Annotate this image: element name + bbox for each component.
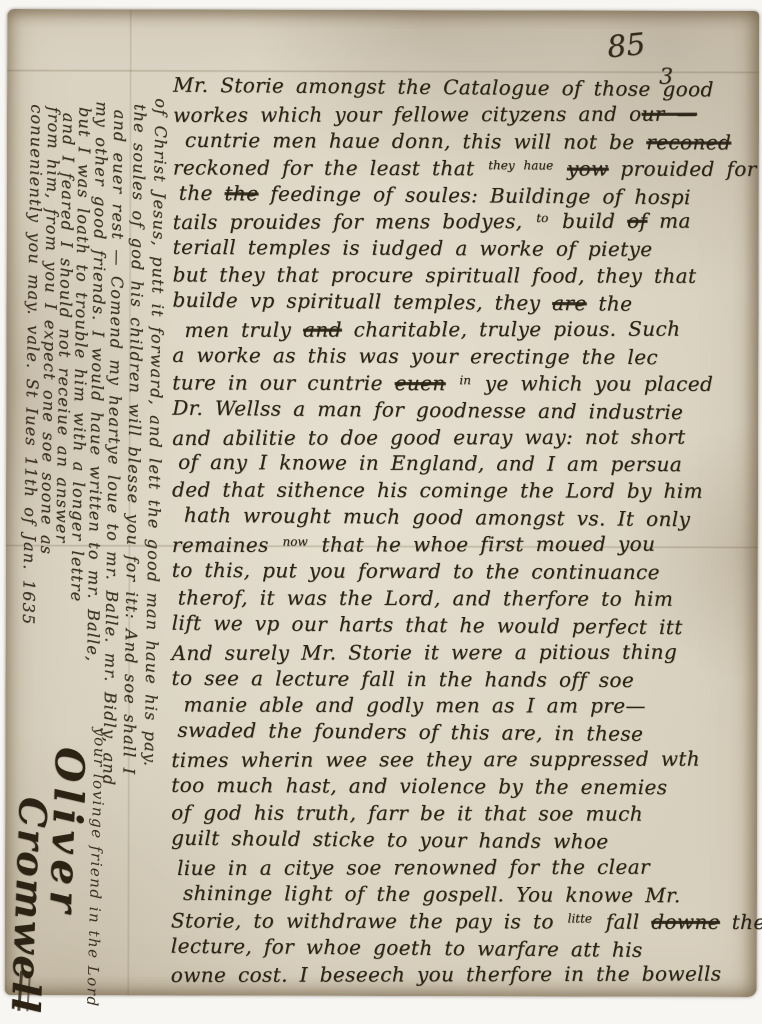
manuscript-line: workes which your fellowe cityzens and o… bbox=[173, 100, 755, 128]
manuscript-line: swaded the founders of this are, in thes… bbox=[171, 717, 753, 749]
manuscript-line: of any I knowe in England, and I am pers… bbox=[172, 449, 754, 479]
manuscript-line: cuntrie men haue donn, this will not be … bbox=[173, 127, 755, 157]
manuscript-line: And surely Mr. Storie it were a pitious … bbox=[172, 638, 754, 666]
manuscript-line: builde vp spirituall temples, they are t… bbox=[172, 287, 754, 319]
manuscript-line: ture in our cuntrie euen in ye which you… bbox=[172, 369, 754, 397]
manuscript-line: Dr. Wellss a man for goodnesse and indus… bbox=[172, 394, 754, 426]
manuscript-line: Storie, to withdrawe the pay is to litte… bbox=[171, 907, 753, 935]
margin-postscript: of Christ Jesus, putt it forward, and le… bbox=[11, 96, 174, 758]
manuscript-line: the the feedinge of soules: Buildinge of… bbox=[173, 179, 755, 211]
manuscript-line: guilt should sticke to your hands whoe bbox=[171, 825, 753, 857]
manuscript-line: therof, it was the Lord, and therfore to… bbox=[172, 584, 754, 612]
manuscript-line: shininge light of the gospell. You knowe… bbox=[171, 880, 753, 910]
photo-backing: 85 3 Mr. Storie amongst the Catalogue of… bbox=[0, 0, 762, 1024]
manuscript-line: to this, put you forward to the continua… bbox=[172, 557, 754, 587]
folio-number: 85 bbox=[606, 27, 648, 66]
manuscript-line: Mr. Storie amongst the Catalogue of thos… bbox=[173, 72, 755, 104]
manuscript-line: ded that sithence his cominge the Lord b… bbox=[172, 477, 754, 505]
letter-body: Mr. Storie amongst the Catalogue of thos… bbox=[171, 73, 755, 989]
manuscript-line: manie able and godly men as I am pre— bbox=[171, 692, 753, 720]
manuscript-line: tails prouides for mens bodyes, to build… bbox=[173, 208, 755, 236]
manuscript-line: men truly and charitable, trulye pious. … bbox=[172, 315, 754, 343]
letter-page: 85 3 Mr. Storie amongst the Catalogue of… bbox=[5, 9, 760, 997]
manuscript-line: of god his truth, farr be it that soe mu… bbox=[171, 799, 753, 827]
manuscript-line: lecture, for whoe goeth to warfare att h… bbox=[171, 932, 753, 964]
manuscript-line: hath wrought much good amongst vs. It on… bbox=[172, 502, 754, 534]
manuscript-line: to see a lecture fall in the hands off s… bbox=[171, 664, 753, 694]
manuscript-line: teriall temples is iudged a worke of pie… bbox=[173, 234, 755, 264]
manuscript-line: remaines now that he whoe first moued yo… bbox=[172, 531, 754, 559]
manuscript-line: but they that procure spirituall food, t… bbox=[173, 262, 755, 290]
manuscript-line: owne cost. I beseech you therfore in the… bbox=[171, 961, 753, 989]
manuscript-line: times wherin wee see they are suppressed… bbox=[171, 746, 753, 774]
manuscript-line: lift we vp our harts that he would perfe… bbox=[172, 609, 754, 641]
manuscript-line: a worke as this was your erectinge the l… bbox=[172, 342, 754, 372]
manuscript-line: and abilitie to doe good euray way: not … bbox=[172, 423, 754, 451]
manuscript-line: too much hast, and violence by the enemi… bbox=[171, 772, 753, 802]
manuscript-line: liue in a citye soe renowned for the cle… bbox=[171, 853, 753, 881]
manuscript-line: reckoned for the least that they haue yo… bbox=[173, 154, 755, 182]
